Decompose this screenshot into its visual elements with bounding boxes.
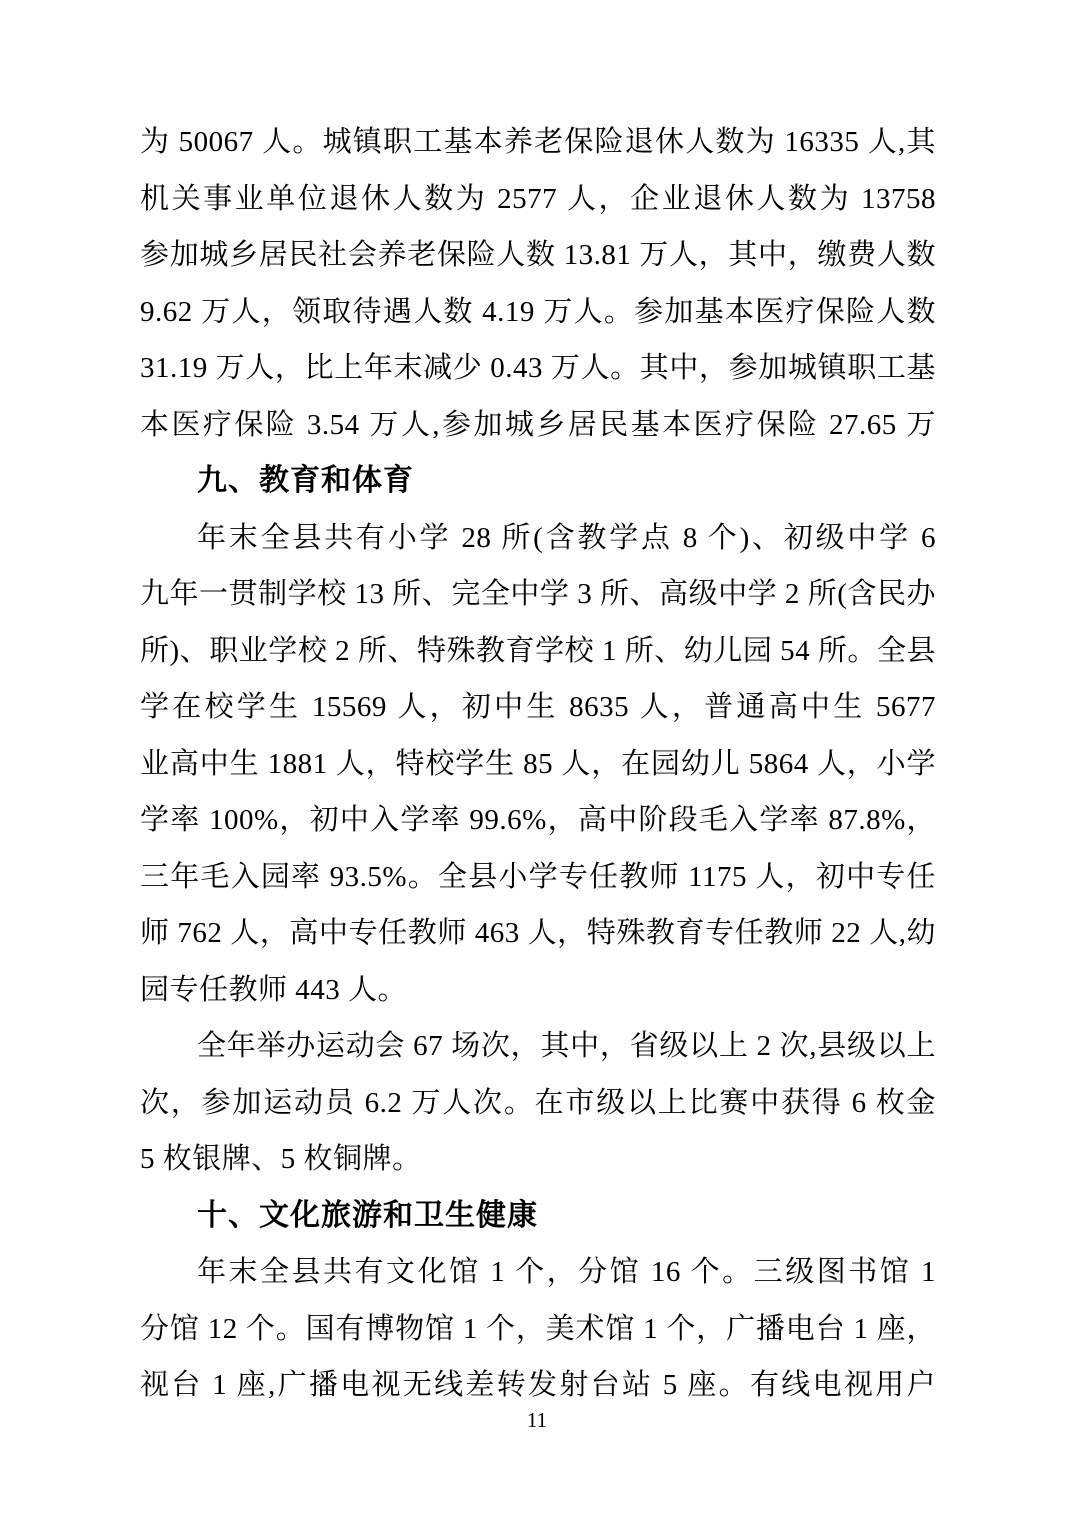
- text-line: 31.19 万人，比上年末减少 0.43 万人。其中，参加城镇职工基: [140, 340, 936, 397]
- paragraph-social-insurance: 为 50067 人。城镇职工基本养老保险退休人数为 16335 人,其中, 机关…: [140, 114, 936, 453]
- text-line: 视台 1 座,广播电视无线差转发射台站 5 座。有线电视用户 2.33: [140, 1357, 936, 1414]
- paragraph-education: 年末全县共有小学 28 所(含教学点 8 个)、初级中学 6 所、 九年一贯制学…: [140, 510, 936, 1019]
- text-line: 学率 100%，初中入学率 99.6%，高中阶段毛入学率 87.8%，学前: [140, 792, 936, 849]
- text-line: 业高中生 1881 人，特校学生 85 人，在园幼儿 5864 人，小学入: [140, 736, 936, 793]
- text-line: 本医疗保险 3.54 万人,参加城乡居民基本医疗保险 27.65 万人。: [140, 397, 936, 454]
- text-line: 全年举办运动会 67 场次，其中，省级以上 2 次,县级以上 9: [140, 1018, 936, 1075]
- paragraph-sports: 全年举办运动会 67 场次，其中，省级以上 2 次,县级以上 9 次，参加运动员…: [140, 1018, 936, 1188]
- text-line: 学在校学生 15569 人，初中生 8635 人，普通高中生 5677 人，职: [140, 679, 936, 736]
- section-heading-culture-health: 十、文化旅游和卫生健康: [140, 1188, 936, 1245]
- text-line: 年末全县共有小学 28 所(含教学点 8 个)、初级中学 6 所、: [140, 510, 936, 567]
- text-line: 次，参加运动员 6.2 万人次。在市级以上比赛中获得 6 枚金牌、: [140, 1075, 936, 1132]
- section-heading-education-sports: 九、教育和体育: [140, 453, 936, 510]
- document-body: 为 50067 人。城镇职工基本养老保险退休人数为 16335 人,其中, 机关…: [140, 114, 936, 1414]
- text-line: 师 762 人，高中专任教师 463 人，特殊教育专任教师 22 人,幼儿: [140, 905, 936, 962]
- text-line: 年末全县共有文化馆 1 个，分馆 16 个。三级图书馆 1 个，: [140, 1244, 936, 1301]
- text-line: 园专任教师 443 人。: [140, 962, 936, 1019]
- text-line: 9.62 万人，领取待遇人数 4.19 万人。参加基本医疗保险人数: [140, 284, 936, 341]
- document-page: 为 50067 人。城镇职工基本养老保险退休人数为 16335 人,其中, 机关…: [0, 0, 1074, 1520]
- text-line: 分馆 12 个。国有博物馆 1 个，美术馆 1 个，广播电台 1 座，电: [140, 1301, 936, 1358]
- text-line: 参加城乡居民社会养老保险人数 13.81 万人，其中，缴费人数: [140, 227, 936, 284]
- text-line: 机关事业单位退休人数为 2577 人，企业退休人数为 13758 人。: [140, 171, 936, 228]
- text-line: 为 50067 人。城镇职工基本养老保险退休人数为 16335 人,其中,: [140, 114, 936, 171]
- text-line: 所)、职业学校 2 所、特殊教育学校 1 所、幼儿园 54 所。全县小: [140, 623, 936, 680]
- text-line: 5 枚银牌、5 枚铜牌。: [140, 1131, 936, 1188]
- text-line: 九年一贯制学校 13 所、完全中学 3 所、高级中学 2 所(含民办 1: [140, 566, 936, 623]
- paragraph-culture: 年末全县共有文化馆 1 个，分馆 16 个。三级图书馆 1 个， 分馆 12 个…: [140, 1244, 936, 1414]
- page-number: 11: [0, 1408, 1074, 1432]
- text-line: 三年毛入园率 93.5%。全县小学专任教师 1175 人，初中专任教: [140, 849, 936, 906]
